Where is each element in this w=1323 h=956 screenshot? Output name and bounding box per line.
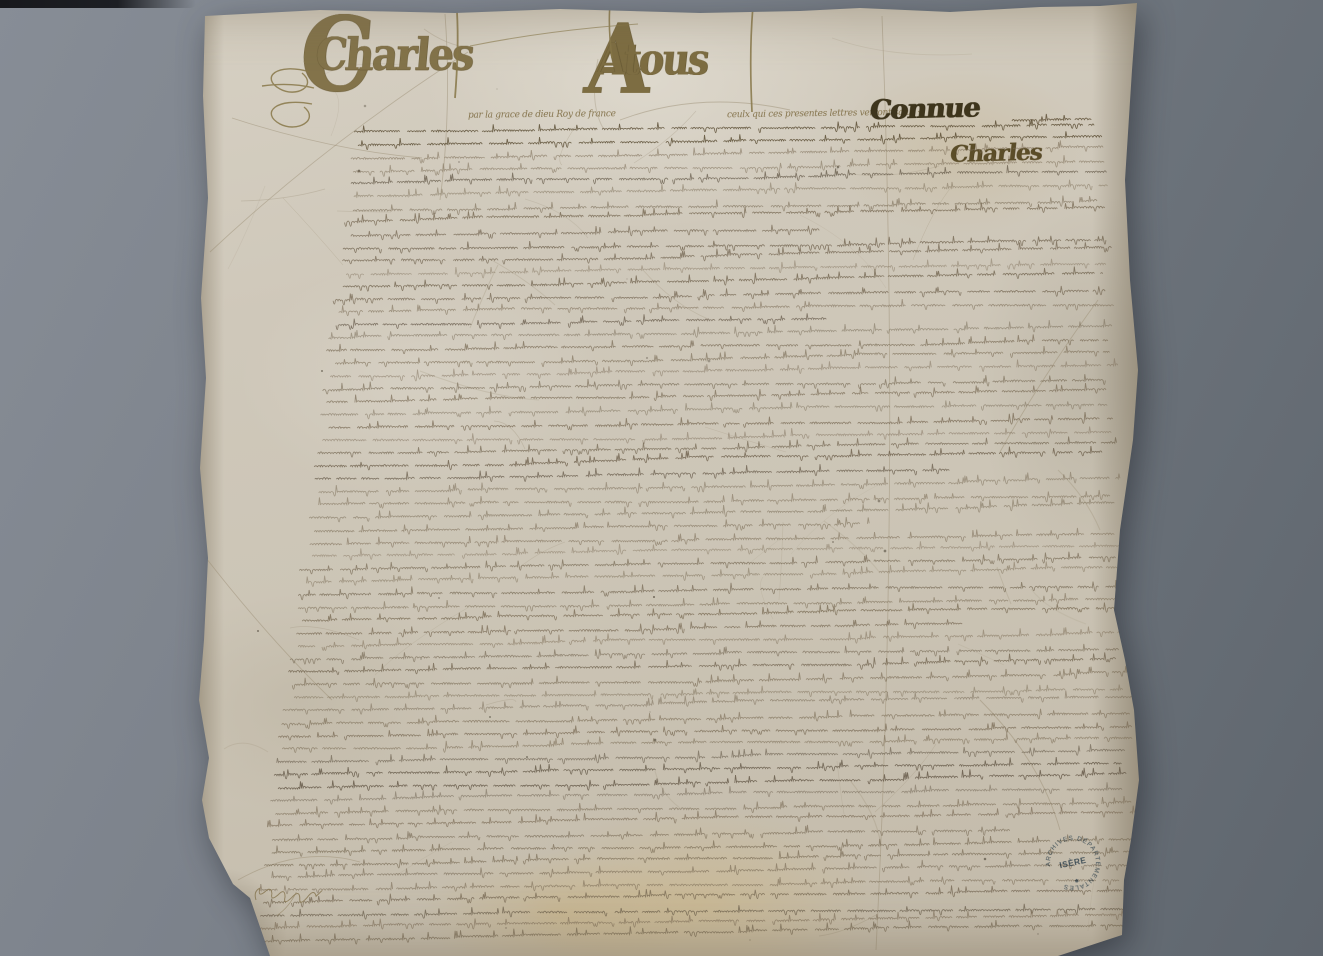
parchment-shadow: CCharles par la grace de dieu Roy de fra…: [0, 0, 1323, 956]
photograph-background: CCharles par la grace de dieu Roy de fra…: [0, 0, 1323, 956]
parchment-document: CCharles par la grace de dieu Roy de fra…: [0, 0, 1323, 956]
parchment-vignette: [0, 0, 1323, 956]
